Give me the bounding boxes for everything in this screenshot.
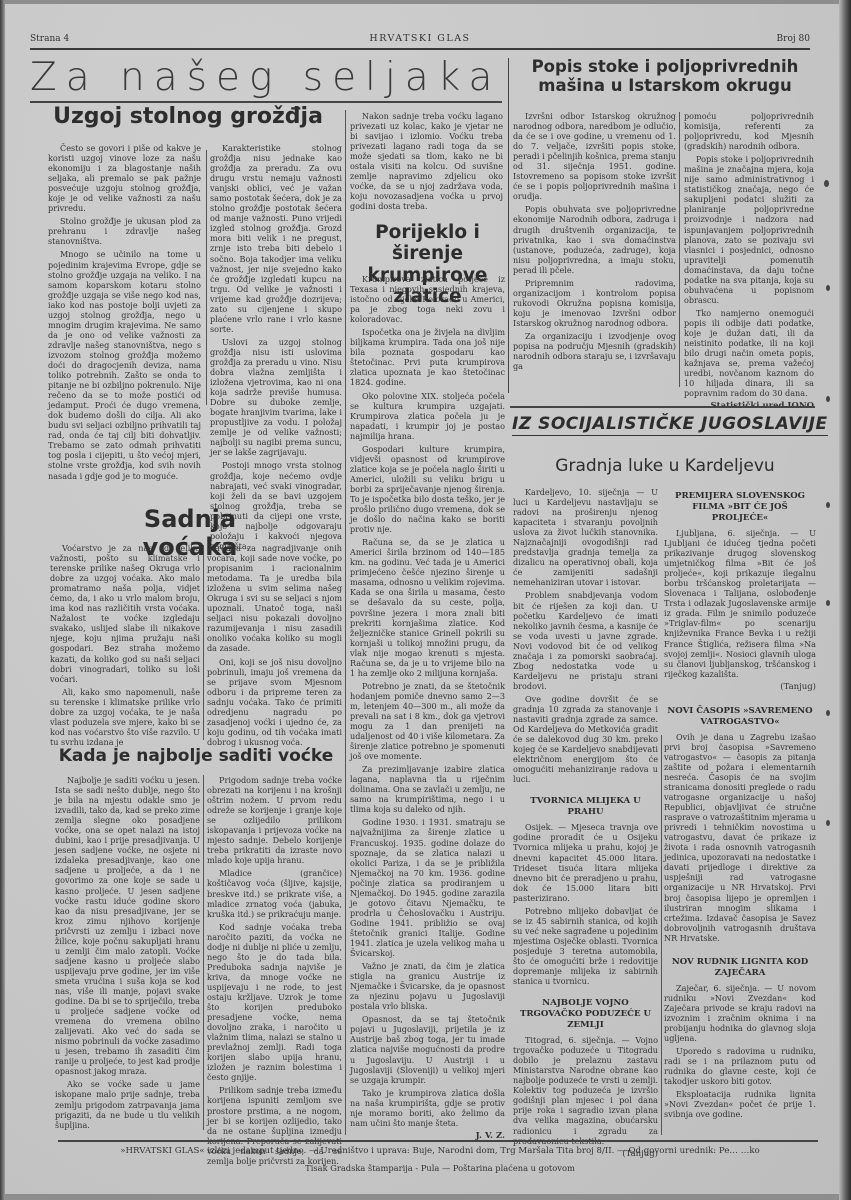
imprint-footer: »HRVATSKI GLAS« izlazi jedamput tjedno. … [60,1146,820,1173]
ink-spot [824,180,829,187]
paragraph: Kod sadnje voćaka treba naročito paziti,… [207,922,342,1083]
article-title-casopis: NOVI ČASOPIS »SAVREMENO VATROGASTVO« [664,706,816,728]
ink-spot [826,710,830,716]
article-body-popis-col1: Izvršni odbor Istarskog okružnog narodno… [513,111,676,374]
paragraph: Uporedo s radovima u rudniku, radi se i … [664,1046,816,1086]
paragraph: naredba za nagradjivanje onih voćara, ko… [207,543,342,654]
paragraph: Pripremnim radovima, organizacijom i kon… [513,278,676,328]
newspaper-name: HRVATSKI GLAS [30,33,810,44]
article-title-grozdje: Uzgoj stolnog grožđja [30,104,346,129]
article-title-film: PREMIJERA SLOVENSKOG FILMA »BIT ĆE JOŠ P… [664,491,816,524]
section-masthead: Za našeg seljaka [30,55,502,100]
ink-spot [826,600,830,606]
paragraph: Ovih je dana u Zagrebu izašao prvi broj … [664,732,816,943]
ink-spot [826,502,830,508]
article-body-kardeljevo: Kardeljevo, 10. siječnja — U luci u Kard… [513,487,658,1159]
paragraph: Ako se voćke sade u jame iskopane malo p… [55,1079,200,1129]
paragraph: Godine 1930. i 1931. smatraju se najvažn… [350,817,505,958]
paragraph: Za prezimljavanje izabire zlatica lagana… [350,764,505,814]
paragraph: Krumpirova zlatica potječe iz Texasa i n… [350,274,505,324]
ink-spot [826,396,830,402]
paragraph: Eksploatacija rudnika lignita »Novi Zvez… [664,1089,816,1119]
paragraph: Titograd, 6. siječnja. — Vojno trgovačko… [513,1035,658,1146]
paragraph: Mnogo se učinilo na tome u pojedinim kra… [48,249,201,480]
paragraph: Važno je znati, da čim je zlatica stigla… [350,961,505,1011]
paragraph: Voćarstvo je za nas od velike važnosti, … [50,543,200,684]
column-separator [661,735,662,1135]
article-body-right-column: PREMIJERA SLOVENSKOG FILMA »BIT ĆE JOŠ P… [664,487,816,1122]
column-separator [206,150,207,405]
paragraph: Ljubljana, 6. siječnja. — U Ljubljani će… [664,528,816,679]
section-header-jugoslavija: IZ SOCIJALISTIČKE JUGOSLAVIJE [512,414,828,436]
paragraph: Najbolje je saditi voćku u jesen. Ista s… [55,775,200,1076]
article-body-zlatica: Krumpirova zlatica potječe iz Texasa i n… [350,274,505,1141]
ink-spot [826,285,830,291]
paragraph: Mladice (grančice) koštičavog voća (šlji… [207,868,342,918]
paragraph: Oni, koji se još nisu dovoljno pobrinuli… [207,657,342,747]
paragraph: pomoću poljoprivrednih komisija, referen… [684,111,814,151]
article-body-kada-col2: Prigodom sadnje treba voćke obrezati na … [207,775,342,1169]
paragraph: Problem snabdjevanja vodom bit će riješe… [513,590,658,690]
paragraph: Oko polovine XIX. stoljeća počela se kul… [350,391,505,441]
folio-bar: Strana 4 HRVATSKI GLAS Broj 80 [30,30,810,46]
ink-spot [826,820,830,826]
footer-rule [58,1140,818,1142]
issue-number: Broj 80 [777,34,810,44]
column-separator [203,775,204,1130]
article-title-kardeljevo: Gradnja luke u Kardeljevu [515,457,815,477]
paragraph: Izvršni odbor Istarskog okružnog narodno… [513,111,676,201]
article-body-grozdje-col1: Često se govori i piše od kakve je koris… [48,143,201,484]
page-edge-left [0,0,5,1200]
paragraph: Nakon sadnje treba voćku lagano privezat… [350,111,503,211]
page-edge-right [839,0,851,1200]
paragraph: Gospodari kulture krumpira, vidjevši opa… [350,444,505,534]
masthead-rule [30,101,502,103]
article-title-kada: Kada je najbolje saditi voćke [50,747,342,767]
article-title-popis: Popis stoke i poljoprivrednih mašina u I… [515,58,815,96]
paragraph: Popis obuhvata sve poljoprivredne ekonom… [513,204,676,274]
article-title-rudnik: NOV RUDNIK LIGNITA KOD ZAJEČARA [664,957,816,979]
imprint-line-2: Tisak Gradska štamparija - Pula — Poštar… [60,1163,820,1173]
paragraph: Popis stoke i poljoprivrednih mašina je … [684,154,814,305]
paragraph: Stolno grožđje je ukusan plod za prehran… [48,216,201,246]
article-body-vocaka-col1: Voćarstvo je za nas od velike važnosti, … [50,543,200,750]
paragraph: Uslovi za uzgoj stolnog grožđja nisu ist… [210,337,342,458]
article-body-popis-col2: pomoću poljoprivrednih komisija, referen… [684,111,814,411]
paragraph: Karakteristike stolnog grožđja nisu jedn… [210,143,342,334]
column-separator [203,545,204,740]
imprint-line-1: »HRVATSKI GLAS« izlazi jedamput tjedno. … [60,1146,820,1156]
paragraph: Kardeljevo, 10. siječnja — U luci u Kard… [513,487,658,587]
source-credit: (Tanjug) [664,682,816,692]
top-rule [30,48,810,50]
article-title-mlijeko: TVORNICA MLIJEKA U PRAHU [513,796,658,818]
paragraph: Potrebno je znati, da se štetočnik hodan… [350,681,505,761]
paragraph: Zaječar, 6. siječnja. — U novom rudniku … [664,983,816,1043]
article-body-vocka-continued: Nakon sadnje treba voćku lagano privezat… [350,111,503,214]
paragraph: Ali, kako smo napomenuli, naše su terens… [50,687,200,747]
column-separator [508,58,509,393]
paragraph: Tako je krumpirova zlatica došla na naša… [350,1088,505,1128]
column-separator [345,110,346,1135]
paragraph: Osijek. — Mjeseca travnja ove godine pro… [513,822,658,902]
column-separator [679,112,680,387]
paragraph: Ispočetka ona je živjela na divljim bilj… [350,327,505,387]
article-title-vojno: NAJBOLJE VOJNO TRGOVAČKO PODUZEĆE U ZEML… [513,998,658,1031]
paragraph: Opasnost, da se taj štetočnik pojavi u J… [350,1014,505,1084]
paragraph: Za organizaciju i izvodjenje ovog popisa… [513,331,676,371]
paragraph: Tko namjerno onemogući popis ili odbije … [684,308,814,398]
article-body-grozdje-col2: Karakteristike stolnog grožđja nisu jedn… [210,143,342,554]
section-divider [510,406,815,408]
article-body-kada-col1: Najbolje je saditi voćku u jesen. Ista s… [55,775,200,1133]
article-body-vocaka-col2: naredba za nagradjivanje onih voćara, ko… [207,543,342,750]
paragraph: Prigodom sadnje treba voćke obrezati na … [207,775,342,865]
paragraph: Često se govori i piše od kakve je koris… [48,143,201,213]
paragraph: Računa se, da se je zlatica u Americi ši… [350,537,505,678]
paragraph: Potrebno mlijeko dobavljat će se iz 45 s… [513,906,658,986]
paragraph: Ove godine dovršit će se gradnja 10 zgra… [513,694,658,784]
